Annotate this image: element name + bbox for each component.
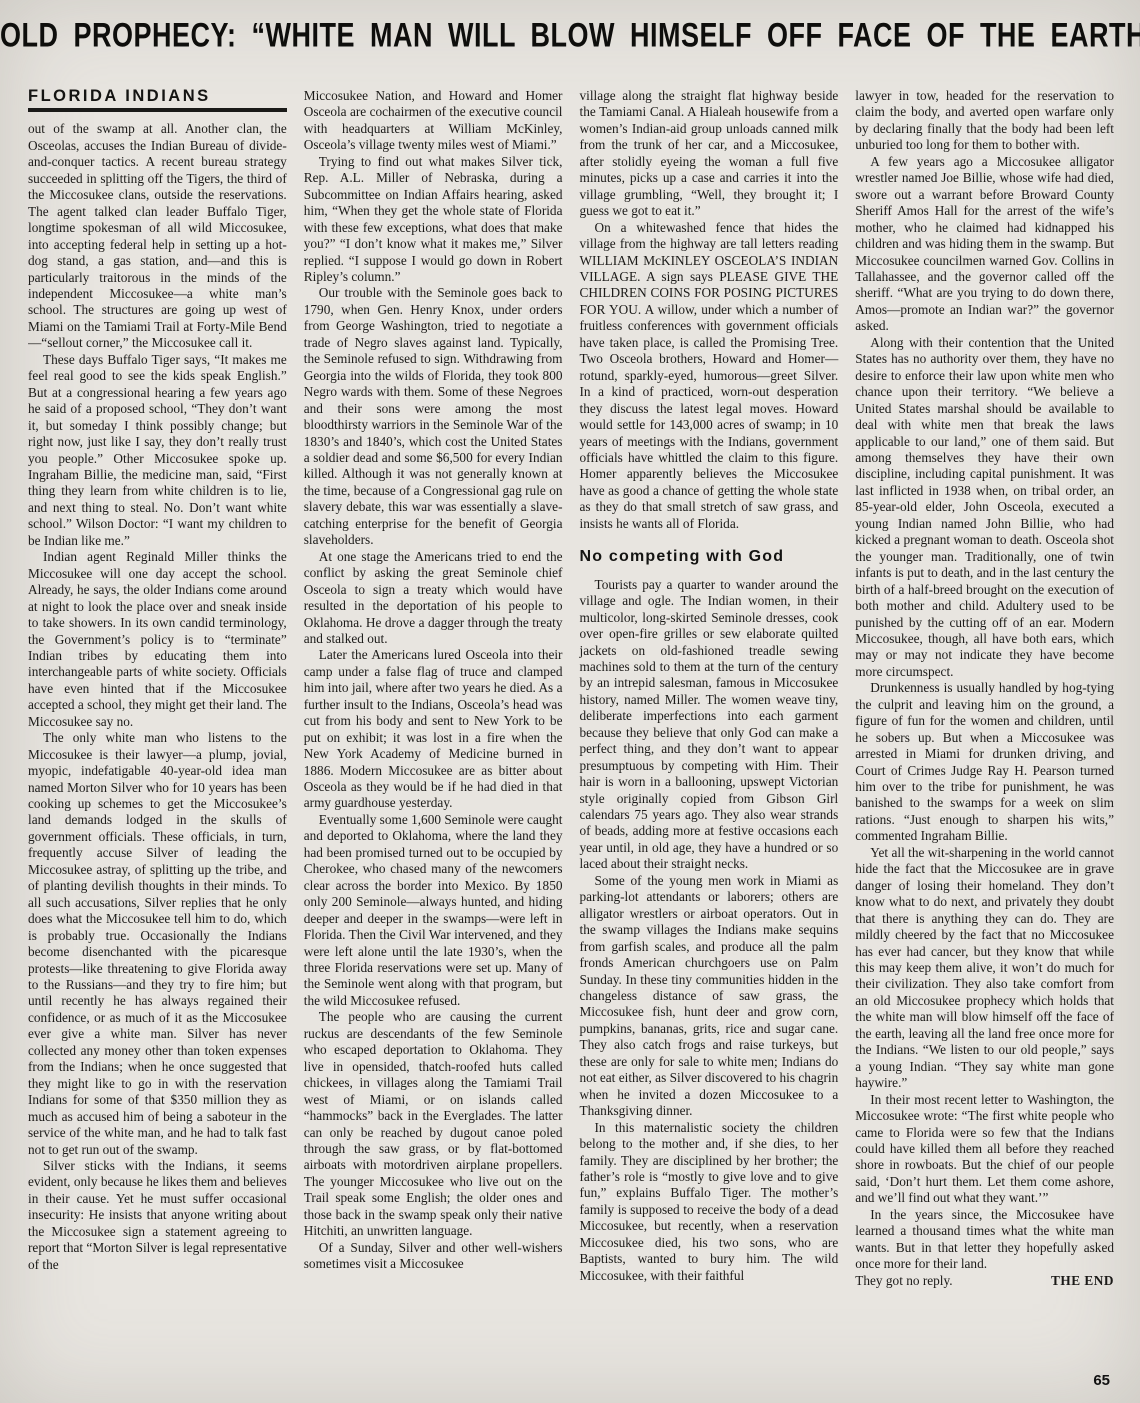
- paragraph: Our trouble with the Seminole goes back …: [304, 285, 563, 548]
- paragraph: The people who are causing the current r…: [304, 1009, 563, 1239]
- paragraph: In the years since, the Miccosukee have …: [855, 1207, 1114, 1273]
- column-2: Miccosukee Nation, and Howard and Homer …: [304, 88, 563, 1363]
- the-end-label: THE END: [1051, 1273, 1114, 1289]
- column-3: village along the straight flat highway …: [580, 88, 839, 1363]
- masthead: OLD PROPHECY: “WHITE MAN WILL BLOW HIMSE…: [0, 16, 1140, 47]
- paragraph: lawyer in tow, headed for the reservatio…: [855, 88, 1114, 154]
- paragraph: village along the straight flat highway …: [580, 88, 839, 220]
- paragraph: These days Buffalo Tiger says, “It makes…: [28, 352, 287, 549]
- section-header: FLORIDA INDIANS: [28, 88, 287, 112]
- page-title: OLD PROPHECY: “WHITE MAN WILL BLOW HIMSE…: [0, 16, 1140, 56]
- paragraph: The only white man who listens to the Mi…: [28, 730, 287, 1158]
- paragraph: In this maternalistic society the childr…: [580, 1120, 839, 1285]
- paragraph: In their most recent letter to Washingto…: [855, 1092, 1114, 1207]
- paragraph: Of a Sunday, Silver and other well-wishe…: [304, 1240, 563, 1273]
- paragraph: A few years ago a Miccosukee alligator w…: [855, 154, 1114, 335]
- paragraph: Some of the young men work in Miami as p…: [580, 873, 839, 1120]
- paragraph: Tourists pay a quarter to wander around …: [580, 577, 839, 873]
- paragraph: Later the Americans lured Osceola into t…: [304, 647, 563, 812]
- closing-line-row: They got no reply. THE END: [855, 1273, 1114, 1289]
- page-number: 65: [1093, 1372, 1110, 1389]
- paragraph: out of the swamp at all. Another clan, t…: [28, 121, 287, 351]
- paragraph: Along with their contention that the Uni…: [855, 335, 1114, 681]
- paragraph: Eventually some 1,600 Seminole were caug…: [304, 812, 563, 1009]
- subhead: No competing with God: [580, 549, 839, 565]
- paragraph: On a whitewashed fence that hides the vi…: [580, 220, 839, 533]
- paragraph: Trying to find out what makes Silver tic…: [304, 154, 563, 286]
- paragraph: At one stage the Americans tried to end …: [304, 549, 563, 648]
- paragraph: Miccosukee Nation, and Howard and Homer …: [304, 88, 563, 154]
- paragraph: Yet all the wit-sharpening in the world …: [855, 845, 1114, 1092]
- paragraph: Silver sticks with the Indians, it seems…: [28, 1158, 287, 1273]
- column-1: FLORIDA INDIANS out of the swamp at all.…: [28, 88, 287, 1363]
- magazine-page: OLD PROPHECY: “WHITE MAN WILL BLOW HIMSE…: [0, 0, 1140, 1403]
- closing-line: They got no reply.: [855, 1273, 952, 1289]
- paragraph: Indian agent Reginald Miller thinks the …: [28, 549, 287, 730]
- column-4: lawyer in tow, headed for the reservatio…: [855, 88, 1114, 1363]
- article-columns: FLORIDA INDIANS out of the swamp at all.…: [28, 88, 1114, 1363]
- paragraph: Drunkenness is usually handled by hog-ty…: [855, 680, 1114, 845]
